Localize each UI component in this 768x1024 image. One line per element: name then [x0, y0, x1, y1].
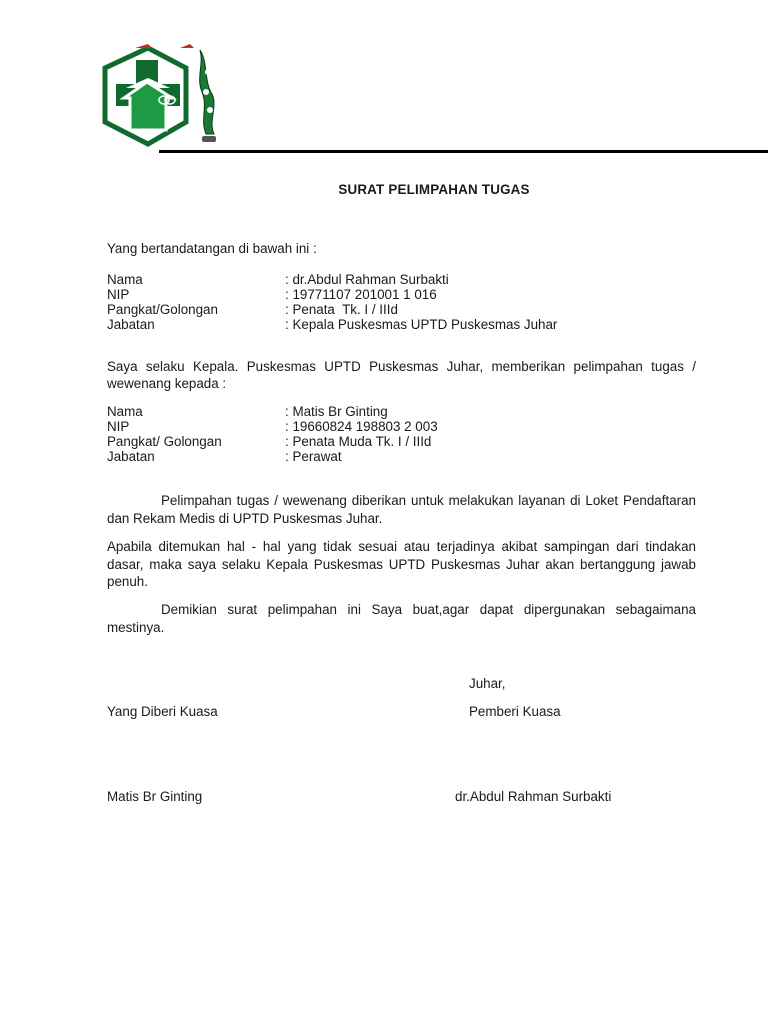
field-label: Jabatan	[107, 449, 285, 464]
field-label: Pangkat/Golongan	[107, 302, 285, 317]
signature-right-name: dr.Abdul Rahman Surbakti	[455, 789, 611, 804]
signature-left-name: Matis Br Ginting	[107, 789, 202, 804]
field-value: : dr.Abdul Rahman Surbakti	[285, 272, 707, 287]
receiver-rank-row: Pangkat/ Golongan: Penata Muda Tk. I / I…	[107, 434, 707, 449]
delegation-scope-paragraph: Pelimpahan tugas / wewenang diberikan un…	[107, 492, 696, 527]
field-label: Pangkat/ Golongan	[107, 434, 285, 449]
puskesmas-logo	[100, 42, 228, 150]
receiver-details: Nama: Matis Br Ginting NIP: 19660824 198…	[107, 404, 707, 464]
giver-rank-row: Pangkat/Golongan: Penata Tk. I / IIId	[107, 302, 707, 317]
field-label: Nama	[107, 404, 285, 419]
delegation-statement: Saya selaku Kepala. Puskesmas UPTD Puske…	[107, 358, 696, 392]
field-label: Jabatan	[107, 317, 285, 332]
giver-details: Nama: dr.Abdul Rahman Surbakti NIP: 1977…	[107, 272, 707, 332]
field-value: : Kepala Puskesmas UPTD Puskesmas Juhar	[285, 317, 707, 332]
giver-name-row: Nama: dr.Abdul Rahman Surbakti	[107, 272, 707, 287]
giver-position-row: Jabatan: Kepala Puskesmas UPTD Puskesmas…	[107, 317, 707, 332]
field-label: Nama	[107, 272, 285, 287]
field-label: NIP	[107, 419, 285, 434]
document-title: SURAT PELIMPAHAN TUGAS	[0, 182, 768, 197]
receiver-name-row: Nama: Matis Br Ginting	[107, 404, 707, 419]
giver-nip-row: NIP: 19771107 201001 1 016	[107, 287, 707, 302]
field-label: NIP	[107, 287, 285, 302]
responsibility-paragraph: Apabila ditemukan hal - hal yang tidak s…	[107, 538, 696, 591]
receiver-nip-row: NIP: 19660824 198803 2 003	[107, 419, 707, 434]
intro-text: Yang bertandatangan di bawah ini :	[107, 241, 317, 256]
field-value: : Penata Tk. I / IIId	[285, 302, 707, 317]
field-value: : Matis Br Ginting	[285, 404, 707, 419]
signature-right-role: Pemberi Kuasa	[469, 704, 561, 719]
signature-place: Juhar,	[469, 676, 505, 691]
receiver-position-row: Jabatan: Perawat	[107, 449, 707, 464]
field-value: : Penata Muda Tk. I / IIId	[285, 434, 707, 449]
field-value: : 19771107 201001 1 016	[285, 287, 707, 302]
field-value: : Perawat	[285, 449, 707, 464]
signature-left-role: Yang Diberi Kuasa	[107, 704, 218, 719]
closing-paragraph: Demikian surat pelimpahan ini Saya buat,…	[107, 601, 696, 636]
header-rule	[159, 150, 768, 153]
field-value: : 19660824 198803 2 003	[285, 419, 707, 434]
